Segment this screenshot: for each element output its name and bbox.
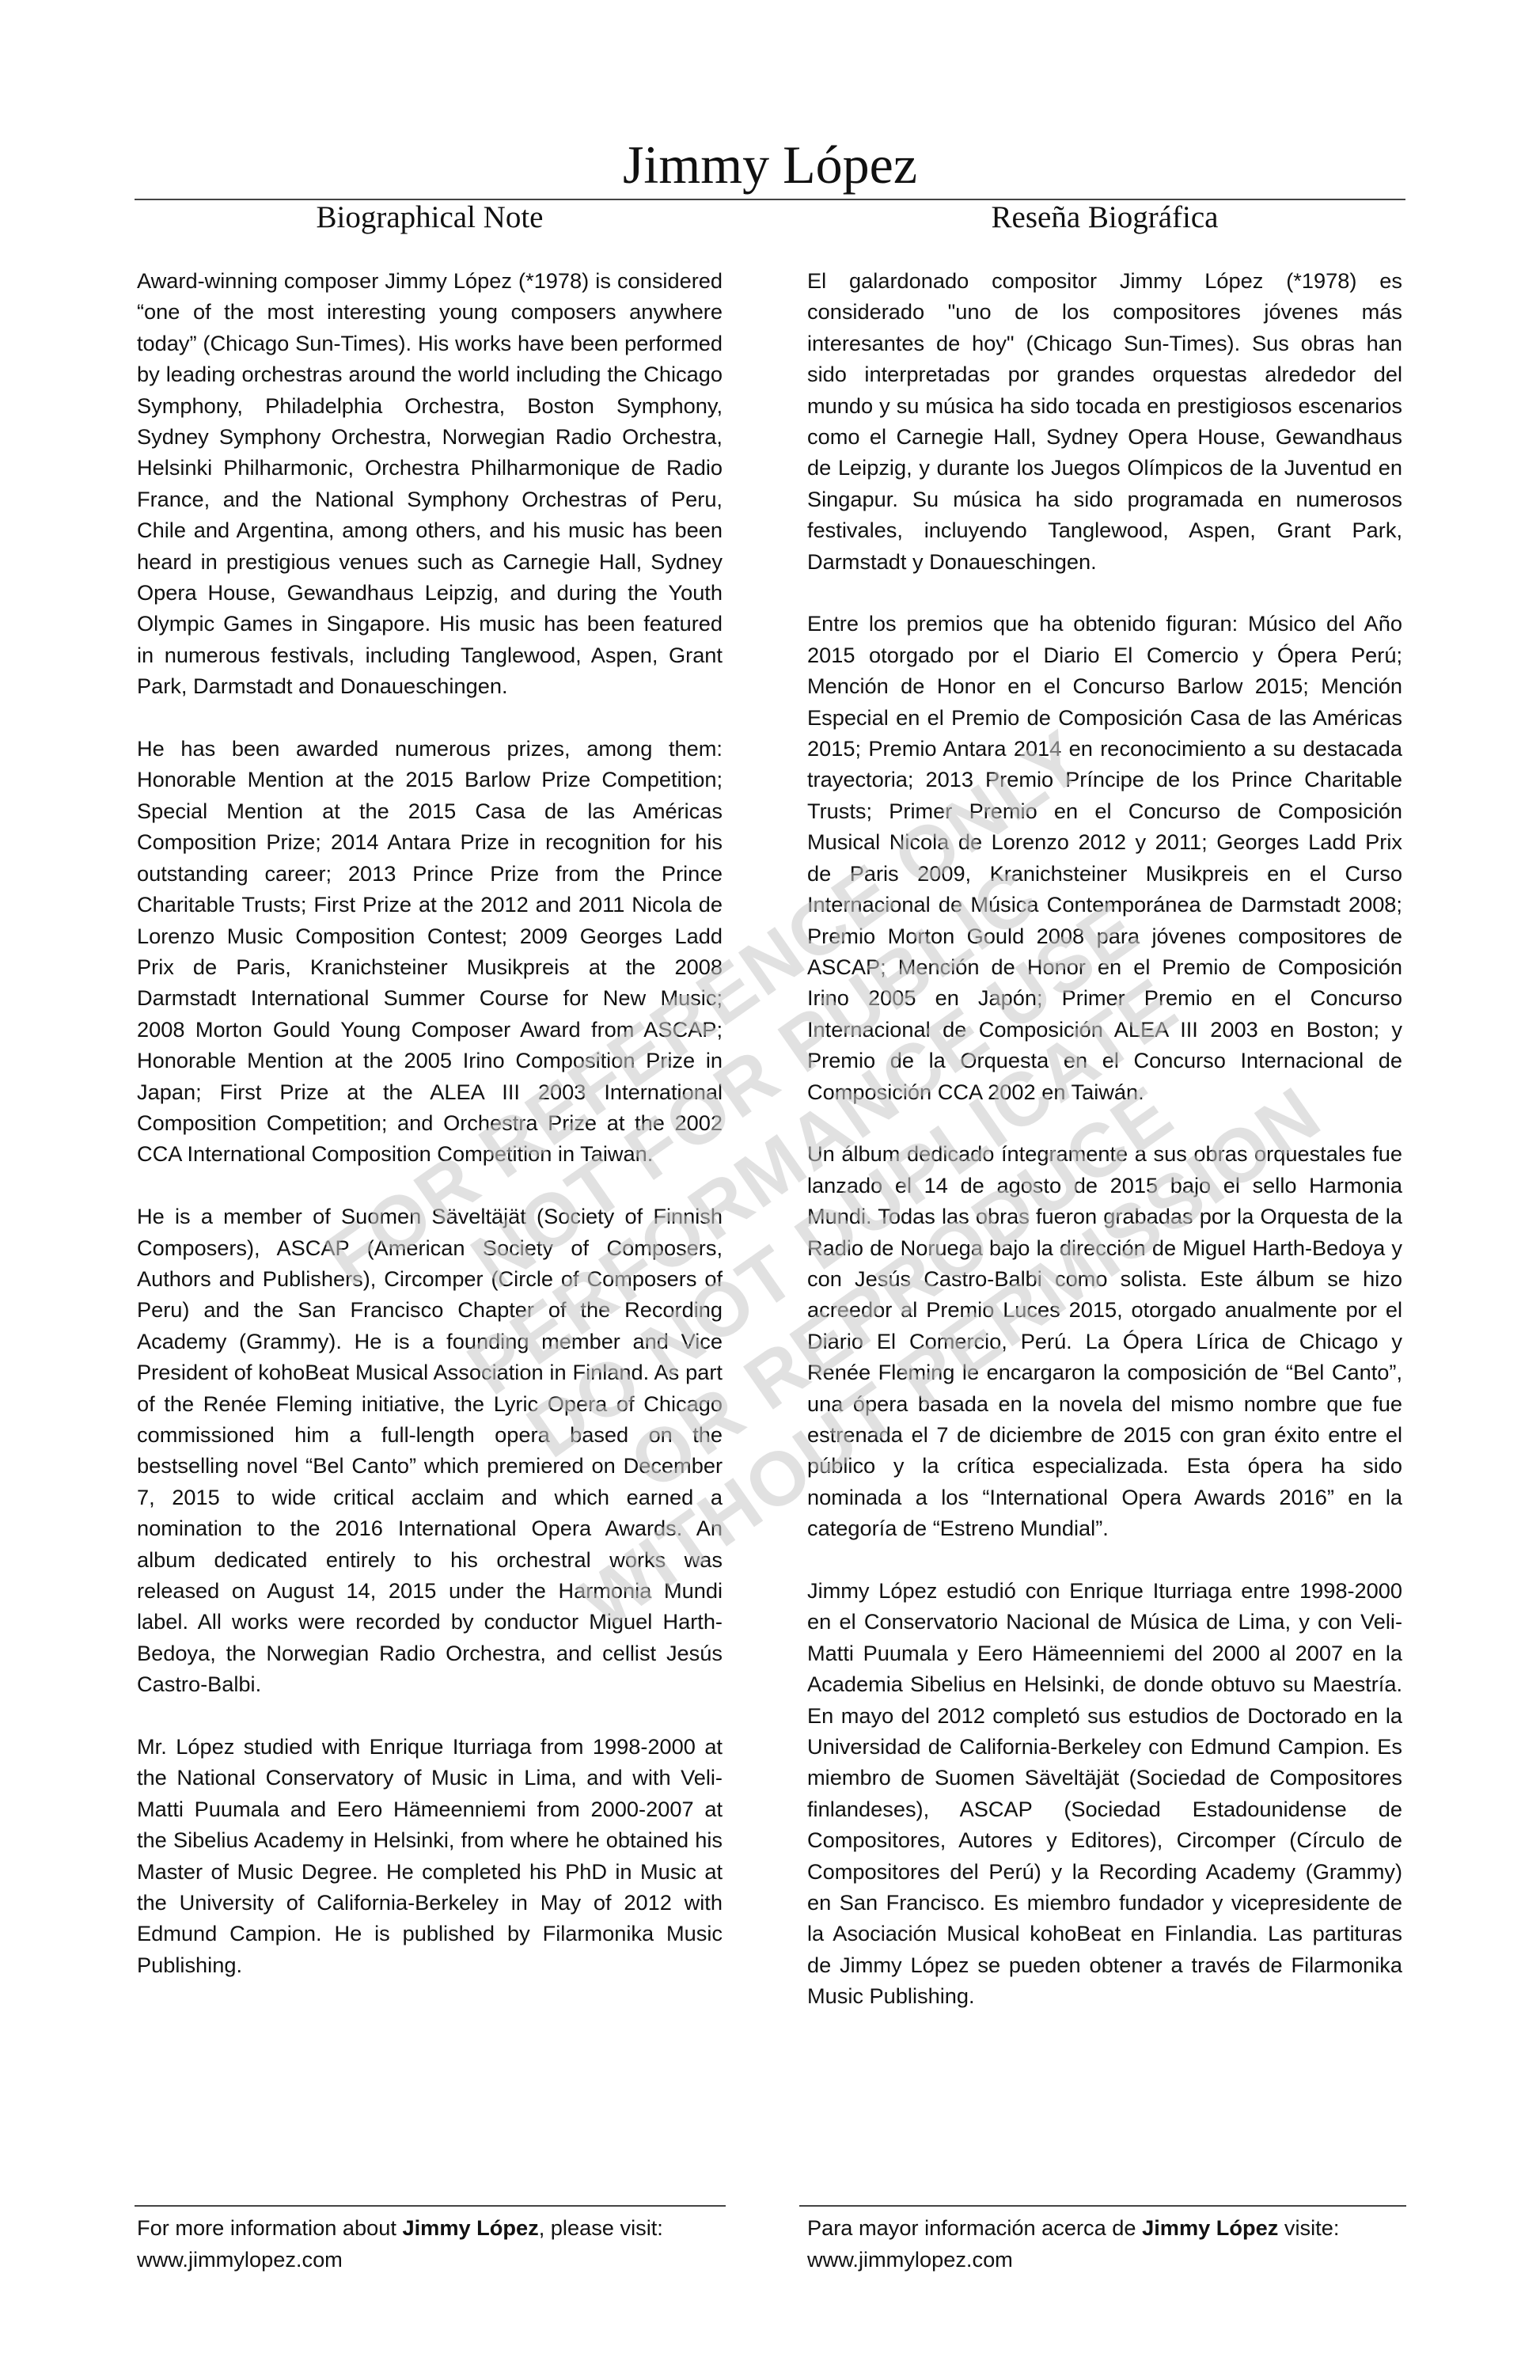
- spanish-footer-prefix: Para mayor información acerca de: [807, 2215, 1142, 2240]
- english-footer-suffix: , please visit:: [539, 2215, 663, 2240]
- biography-page: Jimmy López Biographical Note Reseña Bio…: [0, 0, 1540, 2380]
- spanish-paragraph-1: El galardonado compositor Jimmy López (*…: [807, 265, 1402, 577]
- english-paragraph-4: Mr. López studied with Enrique Iturriaga…: [137, 1731, 723, 1980]
- english-paragraph-2: He has been awarded numerous prizes, amo…: [137, 733, 723, 1170]
- spanish-biography-column: El galardonado compositor Jimmy López (*…: [807, 265, 1402, 2043]
- english-section-heading: Biographical Note: [137, 198, 723, 237]
- english-footer-divider: [135, 2205, 726, 2207]
- english-website-link[interactable]: www.jimmylopez.com: [137, 2244, 726, 2276]
- english-paragraph-1: Award-winning composer Jimmy López (*197…: [137, 265, 723, 702]
- english-footer-prefix: For more information about: [137, 2215, 402, 2240]
- english-footer-name: Jimmy López: [402, 2215, 538, 2240]
- spanish-paragraph-2: Entre los premios que ha obtenido figura…: [807, 608, 1402, 1107]
- spanish-paragraph-3: Un álbum dedicado íntegramente a sus obr…: [807, 1138, 1402, 1543]
- spanish-website-link[interactable]: www.jimmylopez.com: [807, 2244, 1402, 2276]
- spanish-footer-suffix: visite:: [1278, 2215, 1339, 2240]
- spanish-footer: Para mayor información acerca de Jimmy L…: [807, 2212, 1402, 2276]
- english-biography-column: Award-winning composer Jimmy López (*197…: [137, 265, 723, 2012]
- spanish-footer-name: Jimmy López: [1142, 2215, 1278, 2240]
- spanish-paragraph-4: Jimmy López estudió con Enrique Iturriag…: [807, 1575, 1402, 2012]
- page-title: Jimmy López: [0, 133, 1540, 196]
- spanish-footer-divider: [799, 2205, 1406, 2207]
- english-paragraph-3: He is a member of Suomen Säveltäjät (Soc…: [137, 1201, 723, 1700]
- spanish-section-heading: Reseña Biográfica: [807, 198, 1402, 237]
- english-footer: For more information about Jimmy López, …: [137, 2212, 726, 2276]
